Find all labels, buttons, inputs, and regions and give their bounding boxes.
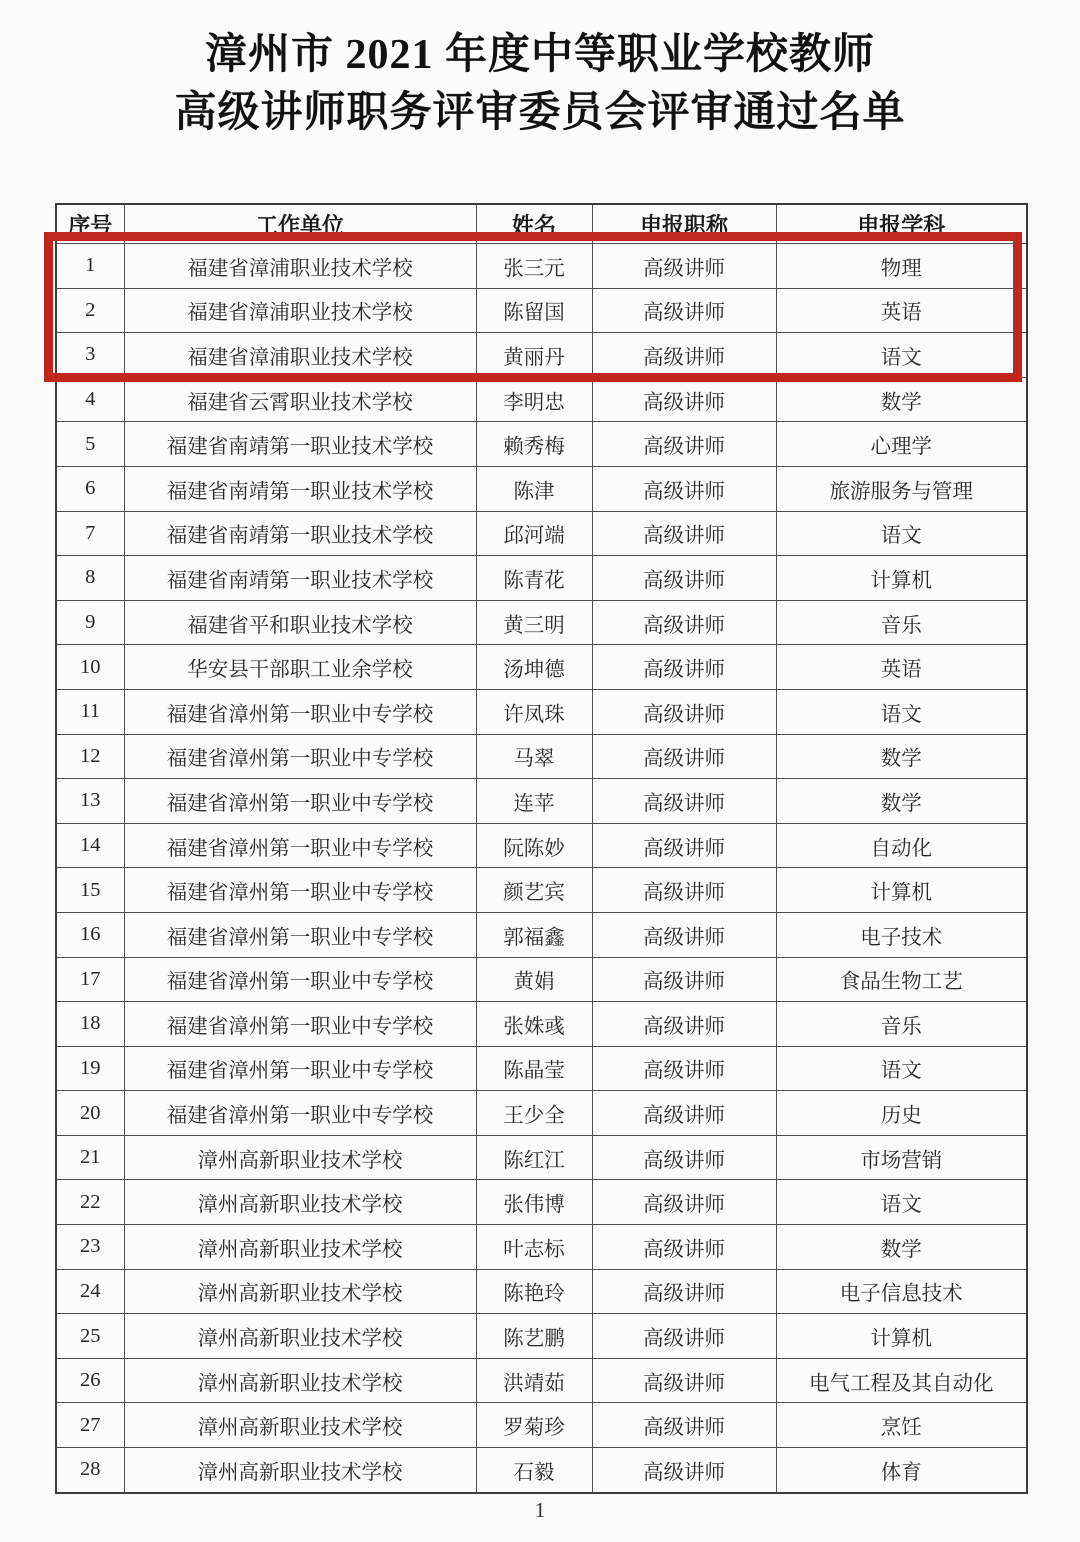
cell-work-unit: 福建省云霄职业技术学校	[124, 377, 476, 422]
cell-title: 高级讲师	[592, 244, 776, 289]
cell-work-unit: 福建省南靖第一职业技术学校	[124, 422, 476, 467]
table-row: 3福建省漳浦职业技术学校黄丽丹高级讲师语文	[56, 333, 1027, 378]
cell-subject: 电气工程及其自动化	[776, 1358, 1027, 1403]
cell-work-unit: 漳州高新职业技术学校	[124, 1448, 476, 1493]
cell-title: 高级讲师	[592, 1180, 776, 1225]
cell-name: 罗菊珍	[476, 1403, 592, 1448]
table-row: 19福建省漳州第一职业中专学校陈晶莹高级讲师语文	[56, 1046, 1027, 1091]
document-title: 漳州市 2021 年度中等职业学校教师 高级讲师职务评审委员会评审通过名单	[0, 26, 1080, 142]
cell-title: 高级讲师	[592, 1448, 776, 1493]
table-row: 15福建省漳州第一职业中专学校颜艺宾高级讲师计算机	[56, 868, 1027, 913]
table-row: 2福建省漳浦职业技术学校陈留国高级讲师英语	[56, 288, 1027, 333]
cell-work-unit: 漳州高新职业技术学校	[124, 1358, 476, 1403]
cell-title: 高级讲师	[592, 1002, 776, 1047]
cell-title: 高级讲师	[592, 734, 776, 779]
cell-title: 高级讲师	[592, 689, 776, 734]
table-row: 10华安县干部职工业余学校汤坤德高级讲师英语	[56, 645, 1027, 690]
cell-subject: 数学	[776, 779, 1027, 824]
cell-title: 高级讲师	[592, 1225, 776, 1270]
cell-name: 陈津	[476, 466, 592, 511]
cell-work-unit: 福建省漳州第一职业中专学校	[124, 868, 476, 913]
cell-subject: 电子技术	[776, 912, 1027, 957]
cell-name: 陈艳玲	[476, 1269, 592, 1314]
cell-work-unit: 福建省漳浦职业技术学校	[124, 244, 476, 289]
cell-name: 陈艺鹏	[476, 1314, 592, 1359]
table-row: 24漳州高新职业技术学校陈艳玲高级讲师电子信息技术	[56, 1269, 1027, 1314]
cell-name: 马翠	[476, 734, 592, 779]
cell-subject: 数学	[776, 377, 1027, 422]
cell-index: 8	[56, 556, 124, 601]
cell-name: 赖秀梅	[476, 422, 592, 467]
cell-title: 高级讲师	[592, 912, 776, 957]
cell-name: 郭福鑫	[476, 912, 592, 957]
cell-subject: 历史	[776, 1091, 1027, 1136]
cell-name: 陈留国	[476, 288, 592, 333]
document-title-line1: 漳州市 2021 年度中等职业学校教师	[0, 26, 1080, 84]
cell-work-unit: 福建省漳州第一职业中专学校	[124, 1091, 476, 1136]
cell-subject: 市场营销	[776, 1135, 1027, 1180]
cell-subject: 体育	[776, 1448, 1027, 1493]
cell-index: 1	[56, 244, 124, 289]
cell-subject: 心理学	[776, 422, 1027, 467]
document-title-line2: 高级讲师职务评审委员会评审通过名单	[0, 84, 1080, 142]
cell-name: 邱河端	[476, 511, 592, 556]
cell-subject: 英语	[776, 645, 1027, 690]
col-header-title: 申报职称	[592, 204, 776, 244]
cell-title: 高级讲师	[592, 645, 776, 690]
cell-index: 26	[56, 1358, 124, 1403]
table-row: 21漳州高新职业技术学校陈红江高级讲师市场营销	[56, 1135, 1027, 1180]
cell-name: 叶志标	[476, 1225, 592, 1270]
col-header-subject: 申报学科	[776, 204, 1027, 244]
cell-work-unit: 漳州高新职业技术学校	[124, 1180, 476, 1225]
cell-index: 5	[56, 422, 124, 467]
cell-subject: 自动化	[776, 823, 1027, 868]
cell-subject: 计算机	[776, 1314, 1027, 1359]
page-number: 1	[0, 1498, 1080, 1523]
table-row: 6福建省南靖第一职业技术学校陈津高级讲师旅游服务与管理	[56, 466, 1027, 511]
cell-work-unit: 漳州高新职业技术学校	[124, 1269, 476, 1314]
table-row: 20福建省漳州第一职业中专学校王少全高级讲师历史	[56, 1091, 1027, 1136]
cell-index: 28	[56, 1448, 124, 1493]
cell-work-unit: 福建省漳州第一职业中专学校	[124, 957, 476, 1002]
col-header-work-unit: 工作单位	[124, 204, 476, 244]
cell-index: 10	[56, 645, 124, 690]
cell-subject: 语文	[776, 1046, 1027, 1091]
cell-name: 陈青花	[476, 556, 592, 601]
cell-title: 高级讲师	[592, 1091, 776, 1136]
cell-subject: 数学	[776, 734, 1027, 779]
cell-work-unit: 福建省漳州第一职业中专学校	[124, 734, 476, 779]
table-body: 1福建省漳浦职业技术学校张三元高级讲师物理2福建省漳浦职业技术学校陈留国高级讲师…	[56, 244, 1027, 1493]
table-row: 27漳州高新职业技术学校罗菊珍高级讲师烹饪	[56, 1403, 1027, 1448]
cell-title: 高级讲师	[592, 868, 776, 913]
cell-index: 17	[56, 957, 124, 1002]
cell-index: 18	[56, 1002, 124, 1047]
cell-subject: 烹饪	[776, 1403, 1027, 1448]
cell-title: 高级讲师	[592, 600, 776, 645]
cell-index: 9	[56, 600, 124, 645]
table-row: 1福建省漳浦职业技术学校张三元高级讲师物理	[56, 244, 1027, 289]
cell-work-unit: 福建省漳州第一职业中专学校	[124, 1046, 476, 1091]
cell-index: 22	[56, 1180, 124, 1225]
cell-work-unit: 福建省漳浦职业技术学校	[124, 288, 476, 333]
cell-name: 许凤珠	[476, 689, 592, 734]
cell-work-unit: 漳州高新职业技术学校	[124, 1225, 476, 1270]
col-header-name: 姓名	[476, 204, 592, 244]
cell-title: 高级讲师	[592, 957, 776, 1002]
cell-work-unit: 福建省漳州第一职业中专学校	[124, 689, 476, 734]
cell-index: 15	[56, 868, 124, 913]
table-row: 16福建省漳州第一职业中专学校郭福鑫高级讲师电子技术	[56, 912, 1027, 957]
cell-title: 高级讲师	[592, 1269, 776, 1314]
approval-roster-table: 序号 工作单位 姓名 申报职称 申报学科 1福建省漳浦职业技术学校张三元高级讲师…	[55, 203, 1028, 1494]
table-row: 23漳州高新职业技术学校叶志标高级讲师数学	[56, 1225, 1027, 1270]
table-row: 26漳州高新职业技术学校洪靖茹高级讲师电气工程及其自动化	[56, 1358, 1027, 1403]
cell-name: 颜艺宾	[476, 868, 592, 913]
cell-name: 陈晶莹	[476, 1046, 592, 1091]
cell-name: 洪靖茹	[476, 1358, 592, 1403]
cell-title: 高级讲师	[592, 556, 776, 601]
table-row: 4福建省云霄职业技术学校李明忠高级讲师数学	[56, 377, 1027, 422]
cell-work-unit: 漳州高新职业技术学校	[124, 1403, 476, 1448]
cell-subject: 计算机	[776, 556, 1027, 601]
cell-index: 23	[56, 1225, 124, 1270]
cell-index: 16	[56, 912, 124, 957]
cell-title: 高级讲师	[592, 1314, 776, 1359]
cell-work-unit: 华安县干部职工业余学校	[124, 645, 476, 690]
cell-index: 13	[56, 779, 124, 824]
cell-work-unit: 漳州高新职业技术学校	[124, 1135, 476, 1180]
cell-subject: 英语	[776, 288, 1027, 333]
cell-index: 3	[56, 333, 124, 378]
cell-title: 高级讲师	[592, 1135, 776, 1180]
cell-name: 陈红江	[476, 1135, 592, 1180]
cell-subject: 音乐	[776, 600, 1027, 645]
table-row: 5福建省南靖第一职业技术学校赖秀梅高级讲师心理学	[56, 422, 1027, 467]
cell-subject: 音乐	[776, 1002, 1027, 1047]
table-row: 28漳州高新职业技术学校石毅高级讲师体育	[56, 1448, 1027, 1493]
cell-index: 7	[56, 511, 124, 556]
cell-name: 张姝彧	[476, 1002, 592, 1047]
cell-work-unit: 福建省漳州第一职业中专学校	[124, 1002, 476, 1047]
cell-title: 高级讲师	[592, 511, 776, 556]
cell-name: 张三元	[476, 244, 592, 289]
cell-index: 2	[56, 288, 124, 333]
cell-work-unit: 福建省南靖第一职业技术学校	[124, 556, 476, 601]
cell-subject: 语文	[776, 1180, 1027, 1225]
cell-name: 连苹	[476, 779, 592, 824]
cell-name: 阮陈妙	[476, 823, 592, 868]
table-row: 22漳州高新职业技术学校张伟博高级讲师语文	[56, 1180, 1027, 1225]
cell-title: 高级讲师	[592, 466, 776, 511]
cell-index: 27	[56, 1403, 124, 1448]
cell-work-unit: 福建省漳州第一职业中专学校	[124, 823, 476, 868]
table-row: 18福建省漳州第一职业中专学校张姝彧高级讲师音乐	[56, 1002, 1027, 1047]
cell-index: 14	[56, 823, 124, 868]
cell-title: 高级讲师	[592, 779, 776, 824]
cell-work-unit: 福建省漳浦职业技术学校	[124, 333, 476, 378]
cell-index: 19	[56, 1046, 124, 1091]
cell-title: 高级讲师	[592, 1403, 776, 1448]
cell-subject: 语文	[776, 333, 1027, 378]
cell-index: 6	[56, 466, 124, 511]
cell-name: 王少全	[476, 1091, 592, 1136]
cell-name: 黄娟	[476, 957, 592, 1002]
cell-index: 20	[56, 1091, 124, 1136]
document-page: 漳州市 2021 年度中等职业学校教师 高级讲师职务评审委员会评审通过名单 序号…	[0, 0, 1080, 1542]
cell-index: 21	[56, 1135, 124, 1180]
cell-title: 高级讲师	[592, 288, 776, 333]
cell-title: 高级讲师	[592, 333, 776, 378]
cell-subject: 语文	[776, 689, 1027, 734]
cell-index: 11	[56, 689, 124, 734]
cell-name: 汤坤德	[476, 645, 592, 690]
table-row: 9福建省平和职业技术学校黄三明高级讲师音乐	[56, 600, 1027, 645]
cell-name: 石毅	[476, 1448, 592, 1493]
table-header: 序号 工作单位 姓名 申报职称 申报学科	[56, 204, 1027, 244]
cell-index: 12	[56, 734, 124, 779]
cell-title: 高级讲师	[592, 1046, 776, 1091]
cell-subject: 旅游服务与管理	[776, 466, 1027, 511]
table-row: 25漳州高新职业技术学校陈艺鹏高级讲师计算机	[56, 1314, 1027, 1359]
cell-index: 25	[56, 1314, 124, 1359]
table-row: 12福建省漳州第一职业中专学校马翠高级讲师数学	[56, 734, 1027, 779]
cell-subject: 物理	[776, 244, 1027, 289]
cell-name: 张伟博	[476, 1180, 592, 1225]
cell-title: 高级讲师	[592, 377, 776, 422]
col-header-index: 序号	[56, 204, 124, 244]
table-row: 17福建省漳州第一职业中专学校黄娟高级讲师食品生物工艺	[56, 957, 1027, 1002]
cell-title: 高级讲师	[592, 422, 776, 467]
cell-title: 高级讲师	[592, 1358, 776, 1403]
cell-work-unit: 福建省漳州第一职业中专学校	[124, 912, 476, 957]
cell-work-unit: 福建省漳州第一职业中专学校	[124, 779, 476, 824]
cell-subject: 电子信息技术	[776, 1269, 1027, 1314]
table-row: 13福建省漳州第一职业中专学校连苹高级讲师数学	[56, 779, 1027, 824]
table-row: 8福建省南靖第一职业技术学校陈青花高级讲师计算机	[56, 556, 1027, 601]
cell-index: 4	[56, 377, 124, 422]
cell-subject: 食品生物工艺	[776, 957, 1027, 1002]
cell-subject: 数学	[776, 1225, 1027, 1270]
table-header-row: 序号 工作单位 姓名 申报职称 申报学科	[56, 204, 1027, 244]
cell-name: 黄丽丹	[476, 333, 592, 378]
cell-subject: 计算机	[776, 868, 1027, 913]
table-row: 14福建省漳州第一职业中专学校阮陈妙高级讲师自动化	[56, 823, 1027, 868]
cell-work-unit: 福建省平和职业技术学校	[124, 600, 476, 645]
cell-work-unit: 福建省南靖第一职业技术学校	[124, 511, 476, 556]
cell-work-unit: 漳州高新职业技术学校	[124, 1314, 476, 1359]
cell-title: 高级讲师	[592, 823, 776, 868]
table-row: 11福建省漳州第一职业中专学校许凤珠高级讲师语文	[56, 689, 1027, 734]
cell-index: 24	[56, 1269, 124, 1314]
cell-name: 李明忠	[476, 377, 592, 422]
table-row: 7福建省南靖第一职业技术学校邱河端高级讲师语文	[56, 511, 1027, 556]
cell-work-unit: 福建省南靖第一职业技术学校	[124, 466, 476, 511]
cell-name: 黄三明	[476, 600, 592, 645]
cell-subject: 语文	[776, 511, 1027, 556]
